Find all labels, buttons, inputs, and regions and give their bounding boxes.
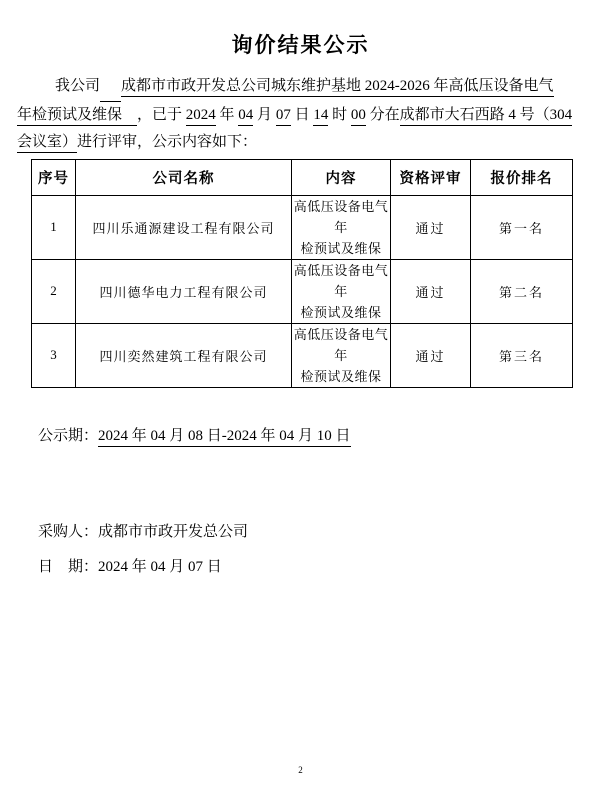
header-company: 公司名称 (76, 159, 292, 195)
paragraph-segment: 年 (216, 107, 239, 123)
table-cell-content: 高低压设备电气年检预试及维保 (292, 195, 391, 259)
paragraph-line: 年检预试及维保 ，已于 2024 年 04 月 07 日 14 时 00 分在成… (17, 102, 585, 130)
paragraph-segment: 00 (351, 107, 366, 126)
paragraph-segment (100, 73, 121, 102)
paragraph-segment: ，已于 (137, 107, 186, 123)
paragraph-segment: 日 (291, 107, 314, 123)
table-cell-content: 高低压设备电气年检预试及维保 (292, 323, 391, 387)
document-page: 询价结果公示 我公司 成都市市政开发总公司城东维护基地 2024-2026 年高… (0, 0, 601, 808)
results-table-body: 1四川乐通源建设工程有限公司高低压设备电气年检预试及维保通过第一名2四川德华电力… (32, 195, 573, 387)
body-paragraph: 我公司 成都市市政开发总公司城东维护基地 2024-2026 年高低压设备电气年… (17, 73, 585, 157)
header-seq: 序号 (32, 159, 76, 195)
table-cell-content: 高低压设备电气年检预试及维保 (292, 259, 391, 323)
page-title: 询价结果公示 (0, 0, 601, 57)
publicity-period-line: 公示期：2024 年 04 月 08 日-2024 年 04 月 10 日 (38, 427, 601, 445)
table-cell-qual: 通过 (391, 323, 471, 387)
date-value: 2024 年 04 月 07 日 (98, 559, 222, 575)
table-cell-company: 四川奕然建筑工程有限公司 (76, 323, 292, 387)
date-label: 日 期： (38, 559, 98, 575)
paragraph-segment: 07 (276, 107, 291, 126)
table-cell-seq: 3 (32, 323, 76, 387)
table-cell-rank: 第三名 (471, 323, 573, 387)
purchaser-label: 采购人： (38, 524, 98, 540)
publicity-period-label: 公示期： (38, 428, 98, 444)
paragraph-segment: 我公司 (55, 78, 100, 94)
table-cell-seq: 2 (32, 259, 76, 323)
table-cell-company: 四川德华电力工程有限公司 (76, 259, 292, 323)
paragraph-line: 会议室）进行评审，公示内容如下： (17, 129, 585, 157)
paragraph-segment: 成都市大石西路 4 号（304 (400, 107, 573, 126)
table-row: 1四川乐通源建设工程有限公司高低压设备电气年检预试及维保通过第一名 (32, 195, 573, 259)
paragraph-segment: 月 (253, 107, 276, 123)
table-cell-seq: 1 (32, 195, 76, 259)
header-content: 内容 (292, 159, 391, 195)
page-number: 2 (0, 765, 601, 775)
paragraph-segment: 分在 (366, 107, 400, 123)
paragraph-segment: 04 (238, 107, 253, 126)
date-line: 日 期：2024 年 04 月 07 日 (38, 558, 601, 576)
paragraph-segment: 成都市市政开发总公司城东维护基地 2024-2026 年高低压设备电气 (121, 78, 554, 97)
purchaser-line: 采购人：成都市市政开发总公司 (38, 523, 601, 541)
table-row: 3四川奕然建筑工程有限公司高低压设备电气年检预试及维保通过第三名 (32, 323, 573, 387)
table-row: 2四川德华电力工程有限公司高低压设备电气年检预试及维保通过第二名 (32, 259, 573, 323)
paragraph-segment: 年检预试及维保 (17, 107, 137, 126)
table-cell-rank: 第二名 (471, 259, 573, 323)
table-cell-qual: 通过 (391, 195, 471, 259)
paragraph-line: 我公司 成都市市政开发总公司城东维护基地 2024-2026 年高低压设备电气 (17, 73, 585, 102)
purchaser-value: 成都市市政开发总公司 (98, 524, 248, 540)
table-cell-rank: 第一名 (471, 195, 573, 259)
paragraph-segment: 进行评审，公示内容如下： (77, 134, 257, 150)
header-rank: 报价排名 (471, 159, 573, 195)
table-cell-qual: 通过 (391, 259, 471, 323)
publicity-period-value: 2024 年 04 月 08 日-2024 年 04 月 10 日 (98, 428, 351, 447)
paragraph-segment: 时 (328, 107, 351, 123)
results-table: 序号 公司名称 内容 资格评审 报价排名 1四川乐通源建设工程有限公司高低压设备… (31, 159, 573, 388)
table-cell-company: 四川乐通源建设工程有限公司 (76, 195, 292, 259)
paragraph-segment: 2024 (186, 107, 216, 126)
paragraph-segment: 会议室） (17, 134, 77, 153)
paragraph-segment: 14 (313, 107, 328, 126)
table-header-row: 序号 公司名称 内容 资格评审 报价排名 (32, 159, 573, 195)
header-qualification: 资格评审 (391, 159, 471, 195)
